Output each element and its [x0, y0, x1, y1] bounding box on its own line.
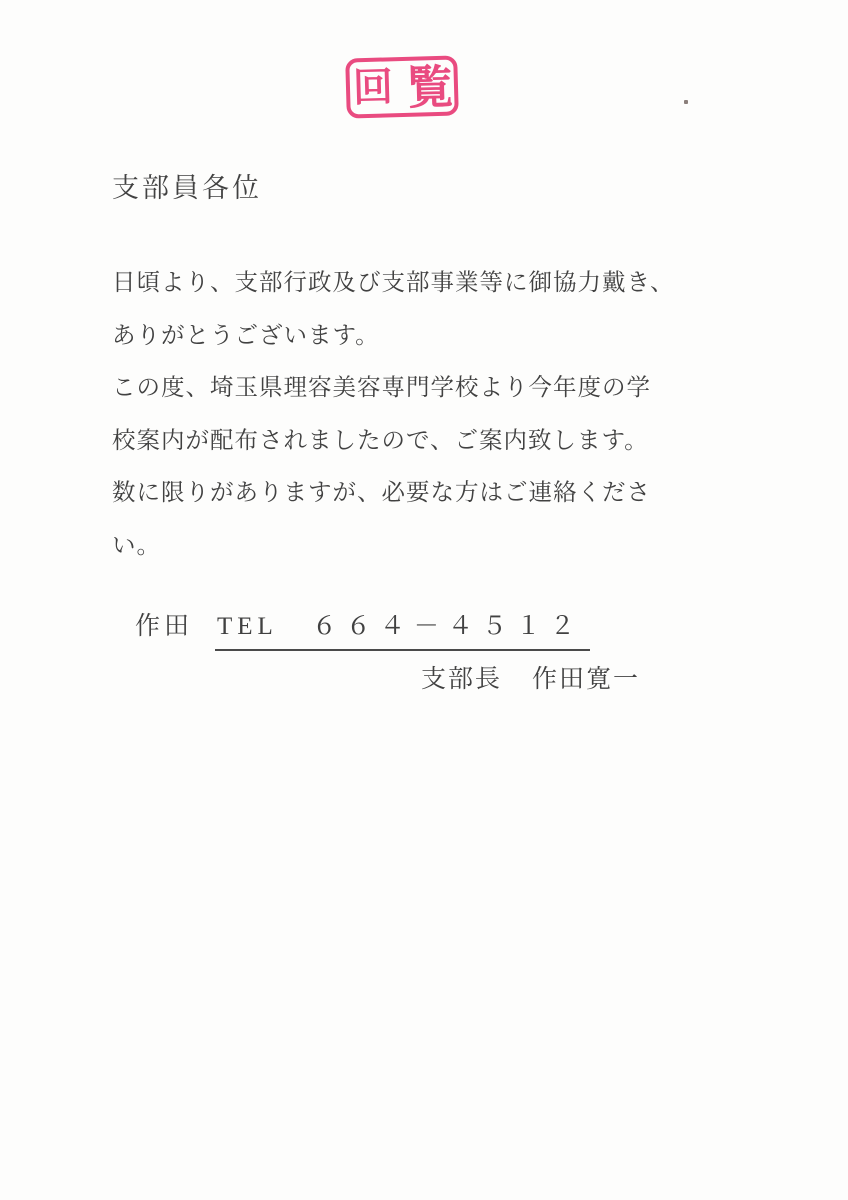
recipient-heading: 支部員各位 — [112, 166, 262, 205]
body-line-6: い。 — [112, 519, 672, 572]
signature-line: 支部長 作田寛一 — [421, 659, 640, 695]
letter-body: 日頃より、支部行政及び支部事業等に御協力戴き、 ありがとうございます。 この度、… — [112, 256, 672, 571]
body-line-5: 数に限りがありますが、必要な方はご連絡くださ — [112, 466, 672, 519]
contact-name: 作田 — [135, 606, 193, 642]
body-line-3: この度、埼玉県理容美容専門学校より今年度の学 — [112, 361, 672, 414]
signature-name: 作田寛一 — [532, 659, 640, 695]
tel-underlined-group: TEL ６６４－４５１２ — [215, 606, 590, 651]
contact-line: 作田 TEL ６６４－４５１２ — [135, 606, 590, 651]
scan-speck-artifact — [684, 100, 688, 104]
circulation-stamp: 回 覧 — [345, 55, 459, 118]
signature-title: 支部長 — [421, 659, 502, 695]
stamp-char-ran: 覧 — [406, 64, 453, 111]
body-line-4: 校案内が配布されましたので、ご案内致します。 — [112, 414, 672, 467]
tel-label: TEL — [217, 613, 278, 641]
body-line-2: ありがとうございます。 — [112, 309, 672, 362]
stamp-char-kai: 回 — [352, 67, 393, 108]
scanned-letter-page: 回 覧 支部員各位 日頃より、支部行政及び支部事業等に御協力戴き、 ありがとうご… — [0, 0, 848, 1200]
body-line-1: 日頃より、支部行政及び支部事業等に御協力戴き、 — [112, 256, 672, 309]
tel-number: ６６４－４５１２ — [312, 606, 584, 642]
